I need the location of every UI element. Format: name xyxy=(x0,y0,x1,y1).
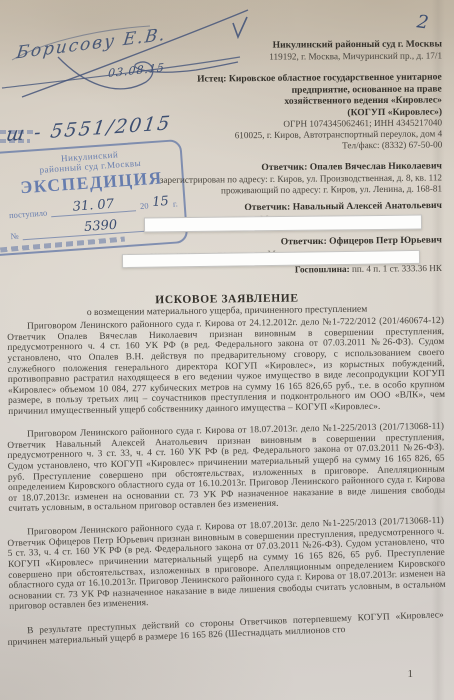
stamp-number-label: № xyxy=(10,231,19,242)
court-name: Никулинский районный суд г. Москвы xyxy=(220,38,442,51)
page-number: 1 xyxy=(408,668,414,680)
defendant-1-block: Ответчик: Опалев Вячеслав Николаевич зар… xyxy=(150,160,442,196)
court-header: Никулинский районный суд г. Москвы 11919… xyxy=(220,38,442,62)
plaintiff-block: Истец: Кировское областное государственн… xyxy=(150,71,443,153)
paragraph-ofitserov-verdict: Приговором Ленинского районного суда г. … xyxy=(7,516,446,613)
paragraph-navalny-verdict: Приговором Ленинского районного суда г. … xyxy=(7,422,446,515)
document-heading: ИСКОВОЕ ЗАЯВЛЕНИЕ о возмещении материаль… xyxy=(10,291,444,319)
fee-line: Госпошлина: пп. 4 п. 1 ст. 333.36 НК xyxy=(150,263,442,277)
plaintiff-phone: Тел/факс: (8332) 67-50-00 xyxy=(150,139,442,153)
handwritten-addressee: Борисову Е.В. xyxy=(15,25,168,64)
fee-label: Госпошлина: xyxy=(295,264,350,275)
paragraph-damage-total: В результате преступных действий со стор… xyxy=(7,610,444,648)
check-mark xyxy=(233,17,247,37)
stamp-received-label: поступило xyxy=(9,208,48,221)
handwritten-page-marker: 2 xyxy=(415,11,429,33)
stamp-received-date: 31. 07 xyxy=(50,195,136,217)
paragraph-opalev-verdict: Приговором Ленинского районного суда г. … xyxy=(7,316,445,418)
scanned-court-document: 2 Борисову Е.В. 03.08.15 Никулинский рай… xyxy=(0,0,454,700)
redaction-bar-1 xyxy=(144,215,422,233)
court-address: 119192, г. Москва, Мичуринский пр., д. 1… xyxy=(220,50,442,63)
fee-value: пп. 4 п. 1 ст. 333.36 НК xyxy=(350,263,442,274)
stamp-year-prefix: 20 xyxy=(140,200,149,211)
